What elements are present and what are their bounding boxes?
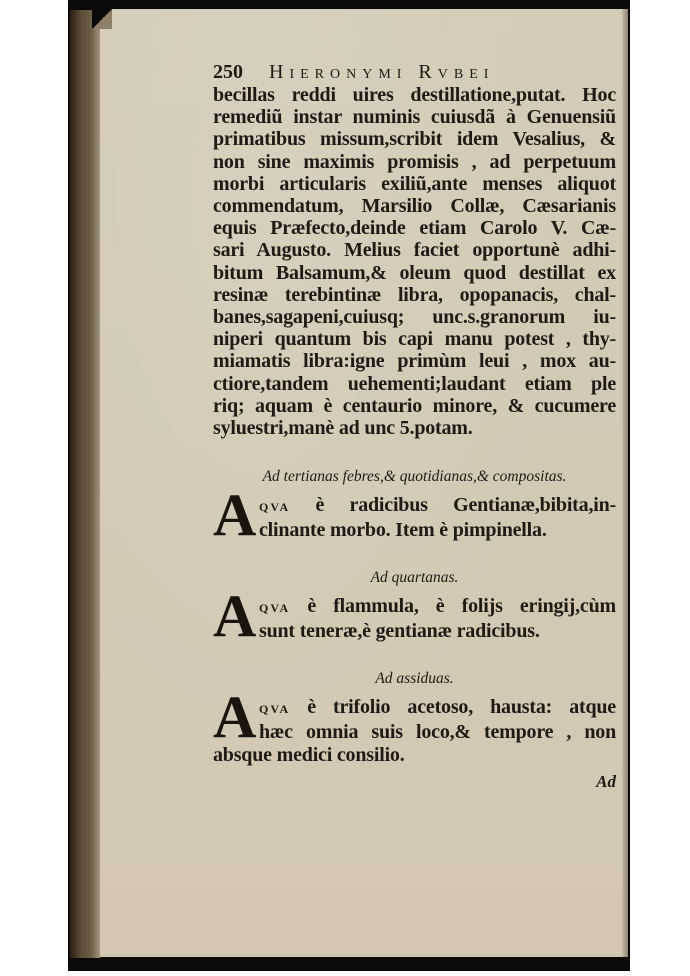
text-line: miamatis libra:igne primùm leui , mox au…: [213, 350, 616, 372]
running-title: Hieronymi Rvbei: [269, 60, 494, 84]
text-line: remediũ instar numinis cuiusdã à Genuens…: [213, 106, 616, 128]
text-line: resinæ terebintinæ libra, opopanacis, ch…: [213, 284, 616, 306]
small-caps-word: qva: [259, 597, 290, 616]
folded-corner: [92, 9, 112, 29]
catchword: Ad: [213, 772, 616, 792]
section-assiduas: A qva è trifolio acetoso, hausta: atque …: [213, 695, 616, 766]
text-line: qva è radicibus Gentianæ,bibita,in-: [213, 493, 616, 518]
text-line: commendatum, Marsilio Collæ, Cæsarianis: [213, 195, 616, 217]
page-gutter-shadow: [70, 10, 100, 958]
text-line: clinante morbo. Item è pimpinella.: [213, 518, 616, 542]
text-line: bitum Balsamum,& oleum quod destillat ex: [213, 262, 616, 284]
text-line: riq; aquam è centaurio minore, & cucumer…: [213, 395, 616, 417]
text-line: sari Augusto. Melius faciet opportunè ad…: [213, 239, 616, 261]
body-paragraph: becillas reddi uires destillatione,putat…: [213, 84, 616, 439]
text-line: qva è flammula, è folijs eringij,cùm: [213, 594, 616, 619]
section-tertianas: A qva è radicibus Gentianæ,bibita,in- cl…: [213, 493, 616, 542]
page-right-edge: [622, 9, 628, 957]
drop-cap: A: [213, 591, 256, 641]
text-line: morbi articularis exiliũ,ante menses ali…: [213, 173, 616, 195]
drop-cap: A: [213, 692, 256, 742]
text-line: niperi quantum bis capi manu potest , th…: [213, 328, 616, 350]
text-line: syluestri,manè ad unc 5.potam.: [213, 417, 616, 439]
text-line: qva è trifolio acetoso, hausta: atque: [213, 695, 616, 720]
text-line: sunt teneræ,è gentianæ radicibus.: [213, 619, 616, 643]
text-line: hæc omnia suis loco,& tempore , non: [213, 720, 616, 744]
text-line: ctiore,tandem uehementi;laudant etiam pl…: [213, 373, 616, 395]
section-heading-assiduas: Ad assiduas.: [213, 669, 616, 689]
section-quartanas: A qva è flammula, è folijs eringij,cùm s…: [213, 594, 616, 643]
page-text: 250 Hieronymi Rvbei becillas reddi uires…: [213, 60, 616, 792]
small-caps-word: qva: [259, 496, 290, 515]
text-line: absque medici consilio.: [213, 744, 616, 766]
section-heading-tertianas: Ad tertianas febres,& quotidianas,& comp…: [213, 467, 616, 487]
small-caps-word: qva: [259, 698, 290, 717]
text-line: becillas reddi uires destillatione,putat…: [213, 84, 616, 106]
running-head: 250 Hieronymi Rvbei: [213, 60, 616, 84]
text-line: banes,sagapeni,cuiusq; unc.s.granorum iu…: [213, 306, 616, 328]
page-number: 250: [213, 60, 269, 84]
text-line: equis Præfecto,deinde etiam Carolo V. Cæ…: [213, 217, 616, 239]
text-line: primatibus missum,scribit idem Vesalius,…: [213, 128, 616, 150]
section-heading-quartanas: Ad quartanas.: [213, 568, 616, 588]
text-line: non sine maximis promisis , ad perpetuum: [213, 151, 616, 173]
drop-cap: A: [213, 490, 256, 540]
